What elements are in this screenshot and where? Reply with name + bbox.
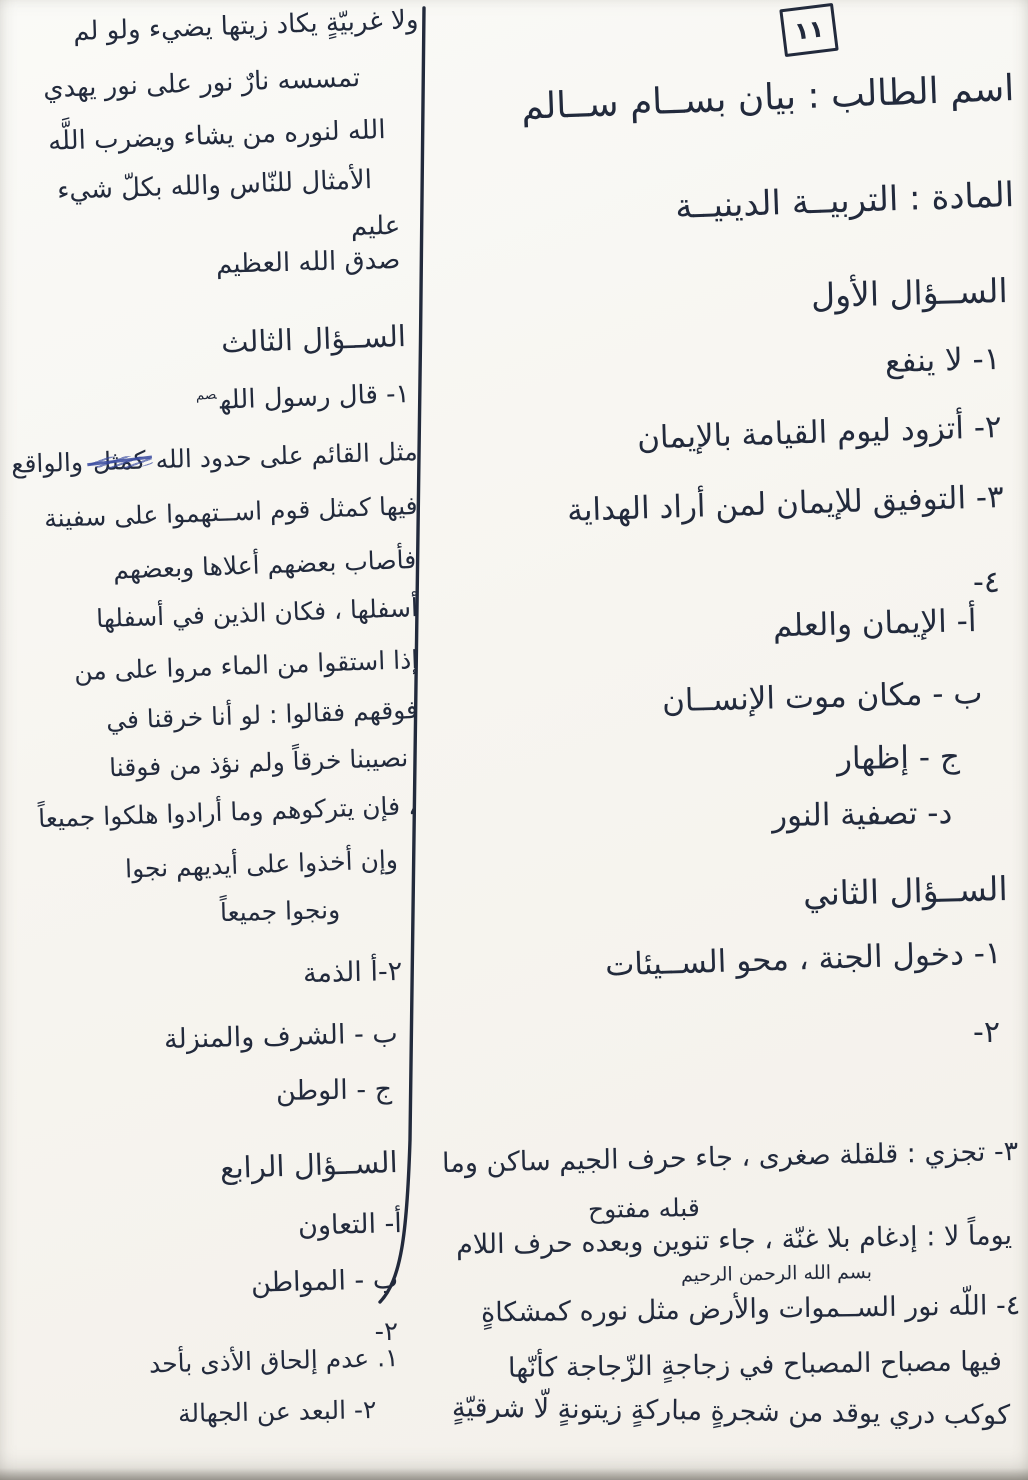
question1-heading: الســؤال الأول	[811, 272, 1009, 315]
scanned-answer-sheet: ١١ اسم الطالب : بيان بســام ســالم الماد…	[0, 0, 1028, 1480]
q3-answer-1-intro: ١- قال رسول اللهصم	[196, 380, 410, 417]
q2-answer-3-line1: ٣- تجزي : قلقلة صغرى ، جاء حرف الجيم ساك…	[442, 1136, 1019, 1179]
hadith-line-1-start: مثل القائم على حدود الله	[156, 437, 419, 474]
q2-answer-4-verse-line1: ٤- اللّه نور الســموات والأرض مثل نوره ك…	[481, 1290, 1021, 1329]
page-number-box: ١١	[779, 3, 838, 57]
hadith-line-8: ، فإن يتركوهم وما أرادوا هلكوا جميعاً	[38, 792, 417, 834]
q1-answer-3: ٣- التوفيق للإيمان لمن أراد الهداية	[567, 480, 1005, 529]
verse-continuation-line4: الأمثال للنّاس والله بكلّ شيء	[57, 166, 373, 207]
q1-answer-4a: أ- الإيمان والعلم	[772, 604, 976, 645]
scan-bottom-shadow	[0, 1468, 1028, 1480]
hadith-line-2: فيها كمثل قوم اســتهموا على سفينة	[44, 492, 418, 534]
verse-continuation-line2: تمسسه نارٌ نور على نور يهدي	[43, 64, 361, 105]
question2-heading: الســؤال الثاني	[803, 870, 1009, 913]
hadith-line-9: وإن أخذوا على أيديهم نجوا	[125, 846, 399, 884]
pbuh-mark: صم	[196, 387, 217, 404]
q1-answer-4b: ب - مكان موت الإنســان	[661, 676, 982, 720]
verse-continuation-line3: الله لنوره من يشاء ويضرب اللَّه	[48, 116, 386, 158]
q4-part2-item2: ٢- البعد عن الجهالة	[177, 1396, 376, 1429]
q3-part2-c: ج - الوطن	[276, 1074, 393, 1107]
hadith-line-5: إذا استقوا من الماء مروا على من	[74, 646, 419, 687]
q1-answer-4d: د- تصفية النور	[771, 796, 952, 835]
q4-part2-item1: ١. عدم إلحاق الأذى بأحد	[148, 1344, 398, 1379]
q1-answer-4c: ج - إظهار	[837, 740, 961, 778]
page-number: ١١	[793, 14, 825, 45]
hadith-line-3: فأصاب بعضهم أعلاها وبعضهم	[113, 546, 417, 585]
q3-part2-b: ب - الشرف والمنزلة	[164, 1018, 398, 1055]
q3-answer-1-text: ١- قال رسول الله	[220, 379, 411, 416]
basmala-line: بسم الله الرحمن الرحيم	[681, 1262, 872, 1287]
q2-answer-4-verse-line2: فيها مصباح المصباح في زجاجةٍ الزّجاجة كأ…	[508, 1346, 1002, 1384]
q1-answer-2: ٢- أتزود ليوم القيامة بالإيمان	[637, 410, 1003, 457]
verse-continuation-line1: ولا غربيّةٍ يكاد زيتها يضيء ولو لم	[72, 6, 418, 48]
q2-answer-3-line3: يوماً لا : إدغام بلا غنّة ، جاء تنوين وب…	[456, 1220, 1013, 1261]
hadith-line-4: أسفلها ، فكان الذين في أسفلها	[96, 594, 419, 634]
verse-continuation-line5: عليم	[350, 212, 400, 243]
q4-answer-a: أ- التعاون	[298, 1208, 403, 1242]
student-name-line: اسم الطالب : بيان بســام ســالم	[520, 68, 1014, 128]
q2-answer-1: ١- دخول الجنة ، محو الســيئات	[605, 936, 1002, 984]
q2-answer-3-line2: قبله مفتوح	[588, 1194, 700, 1225]
question4-heading: الســؤال الرابع	[220, 1146, 399, 1186]
hadith-line-7: نصيبنا خرقاً ولم نؤذ من فوقنا	[109, 744, 409, 783]
q1-answer-1: ١- لا ينفع	[884, 342, 1000, 381]
q1-answer-4-number: ٤-	[973, 566, 1000, 601]
q2-answer-4-verse-line3: كوكب دري يوقد من شجرةٍ مباركةٍ زيتونةٍ ل…	[452, 1392, 1010, 1431]
q2-answer-2-number: ٢-	[973, 1016, 1000, 1051]
q4-answer-b: ب - المواطن	[250, 1264, 398, 1299]
hadith-line-1-end: والواقع	[11, 448, 84, 479]
sadaqa-llah-line: صدق الله العظيم	[215, 246, 400, 281]
hadith-line-10: ونجوا جميعاً	[220, 896, 341, 928]
struck-word: كمثل	[91, 446, 149, 477]
subject-line: المادة : التربيــة الدينيــة	[674, 176, 1014, 227]
hadith-line-1: مثل القائم على حدود الله كمثل والواقع	[11, 438, 418, 480]
hadith-line-6: فوقهم فقالوا : لو أنا خرقنا في	[106, 696, 419, 736]
question3-heading: الســؤال الثالث	[221, 320, 407, 360]
q3-part2-a: ٢-أ الذمة	[303, 956, 403, 989]
